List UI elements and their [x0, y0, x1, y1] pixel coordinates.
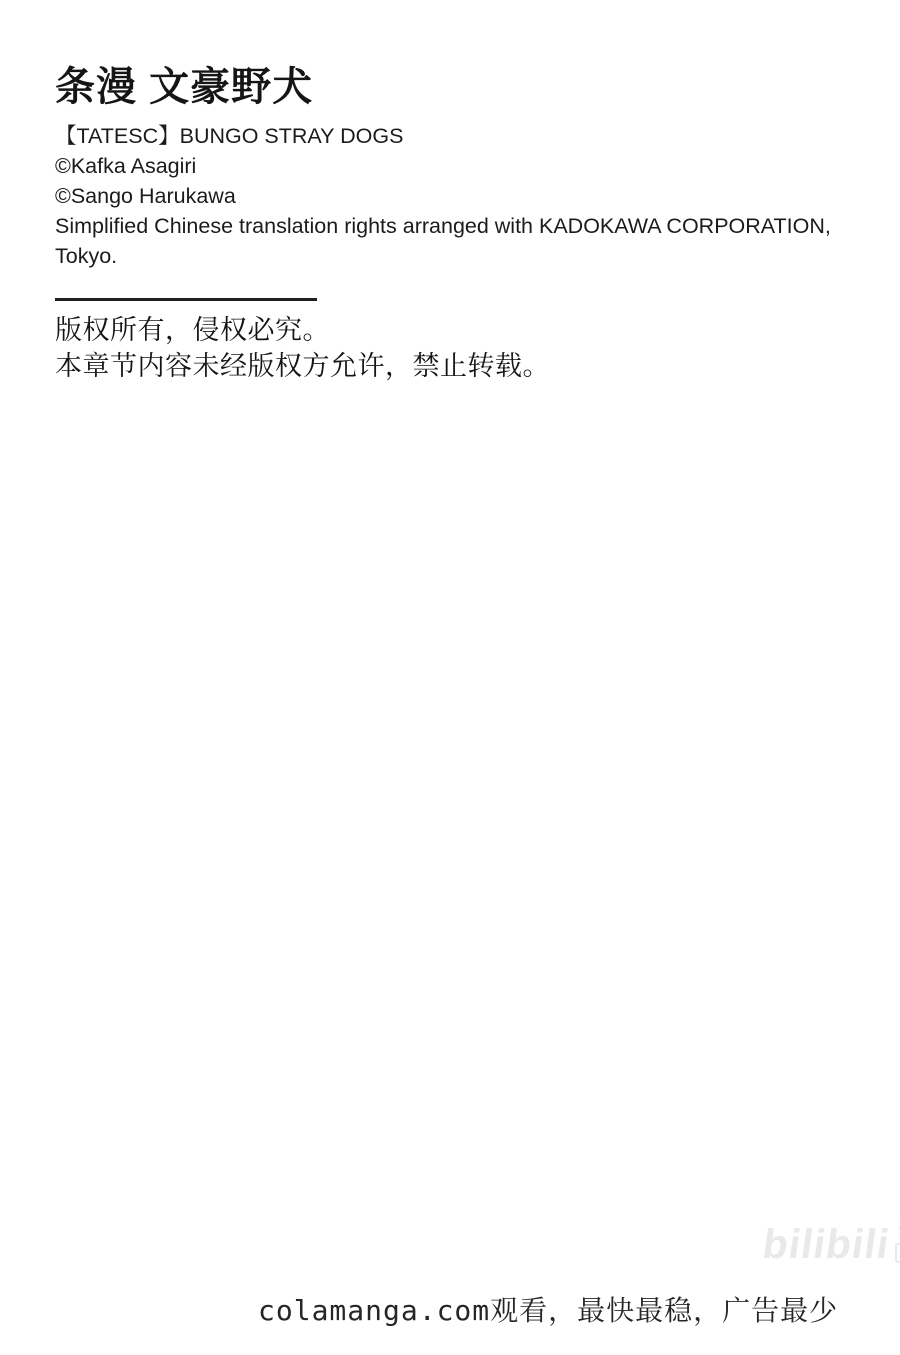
- colamanga-promo-text: colamanga.com观看，最快最稳，广告最少: [258, 1289, 838, 1329]
- legal-notice-block: 版权所有，侵权必究。 本章节内容未经版权方允许，禁止转载。: [55, 312, 885, 384]
- bilibili-manga-watermark: bilibili 漫 画: [763, 1224, 900, 1265]
- translation-rights-line: Simplified Chinese translation rights ar…: [55, 211, 885, 271]
- page-title: 条漫 文豪野犬: [55, 55, 313, 112]
- artist-credit-line: ©Sango Harukawa: [55, 181, 885, 211]
- manhua-logo-suffix: 漫 画: [895, 1224, 900, 1265]
- divider-line: [55, 298, 317, 301]
- bilibili-logo-wordmark: bilibili: [760, 1224, 892, 1265]
- copyright-credits-block: 【TATESC】BUNGO STRAY DOGS ©Kafka Asagiri …: [55, 121, 885, 271]
- series-title-line: 【TATESC】BUNGO STRAY DOGS: [55, 121, 885, 151]
- manhua-char-bottom: 画: [895, 1243, 900, 1263]
- no-repost-line: 本章节内容未经版权方允许，禁止转载。: [55, 348, 885, 384]
- rights-reserved-line: 版权所有，侵权必究。: [55, 312, 885, 348]
- author-credit-line: ©Kafka Asagiri: [55, 151, 885, 181]
- manga-copyright-page: 条漫 文豪野犬 【TATESC】BUNGO STRAY DOGS ©Kafka …: [0, 0, 900, 1355]
